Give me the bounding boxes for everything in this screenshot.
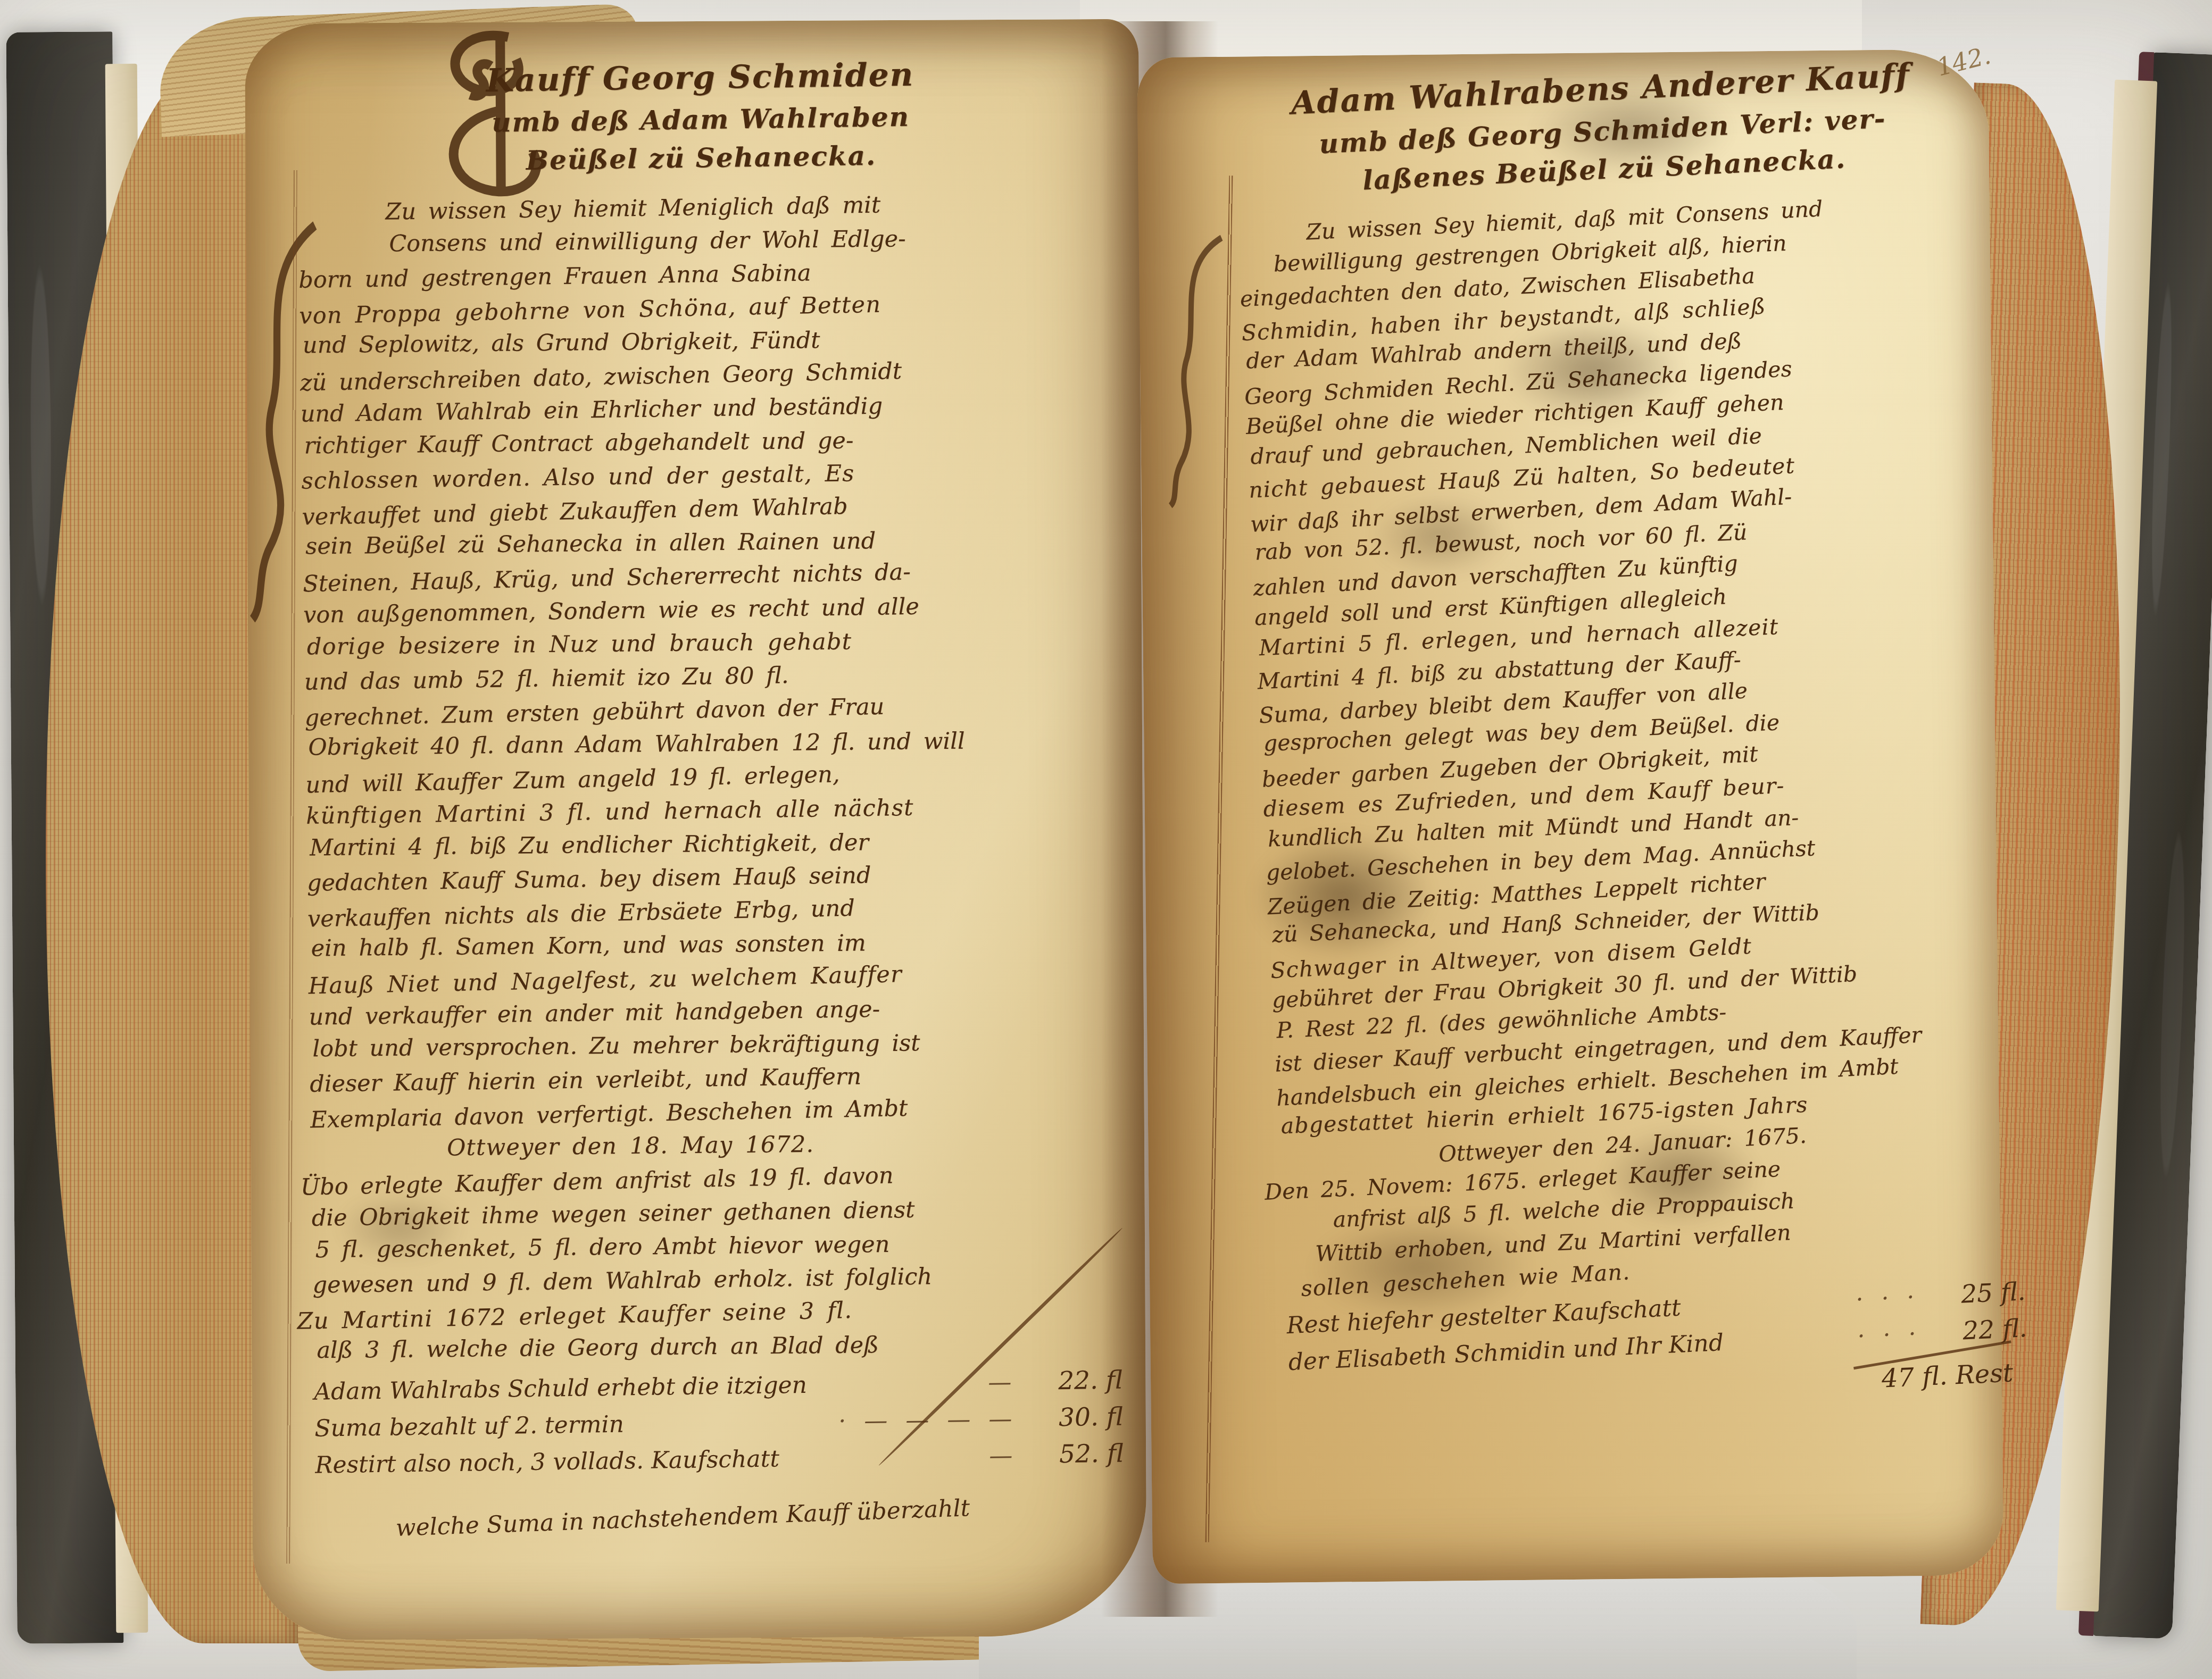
- right-page: Adam Wahlrabens Anderer Kauffumb deß Geo…: [1137, 49, 2004, 1584]
- left-page-title: Kauff Georg Schmidenumb deß Adam Wahlrab…: [295, 49, 1105, 183]
- ledger-text: Suma bezahlt uf 2. termin: [314, 1407, 624, 1447]
- manuscript-line: Consens und einwilligung der Wohl Edlge-: [389, 221, 1110, 261]
- marginal-flourish: [1160, 232, 1232, 509]
- left-page-ledger: Adam Wahlrabs Schuld erhebt die itzigen …: [314, 1362, 1124, 1483]
- ledger-leader: —: [807, 1364, 1025, 1404]
- left-page-body: Zu wissen Sey hiemit Meniglich daß mitCo…: [297, 186, 1122, 1369]
- ledger-amount: 25 fl.: [1926, 1274, 2026, 1314]
- ledger-amount: 22. fl: [1024, 1362, 1123, 1400]
- ledger-amount: 22 fl.: [1928, 1310, 2028, 1351]
- ledger-amount: 30. fl: [1025, 1399, 1124, 1436]
- manuscript-line: alß 3 fl. welche die Georg durch an Blad…: [317, 1326, 1126, 1368]
- ink-stain: [336, 1192, 464, 1262]
- left-page: Kauff Georg Schmidenumb deß Adam Wahlrab…: [245, 19, 1147, 1641]
- footer-line: welche Suma in nachstehendem Kauff überz…: [395, 1489, 1125, 1542]
- ledger-amount: 52. fl: [1025, 1435, 1124, 1473]
- ledger-text: Restirt also noch, 3 vollads. Kaufschatt: [315, 1441, 780, 1483]
- photo-scene: Kauff Georg Schmidenumb deß Adam Wahlrab…: [0, 0, 2212, 1679]
- ledger-leader: · — — — —: [623, 1401, 1025, 1443]
- ledger-text: Adam Wahlrabs Schuld erhebt die itzigen: [314, 1367, 808, 1410]
